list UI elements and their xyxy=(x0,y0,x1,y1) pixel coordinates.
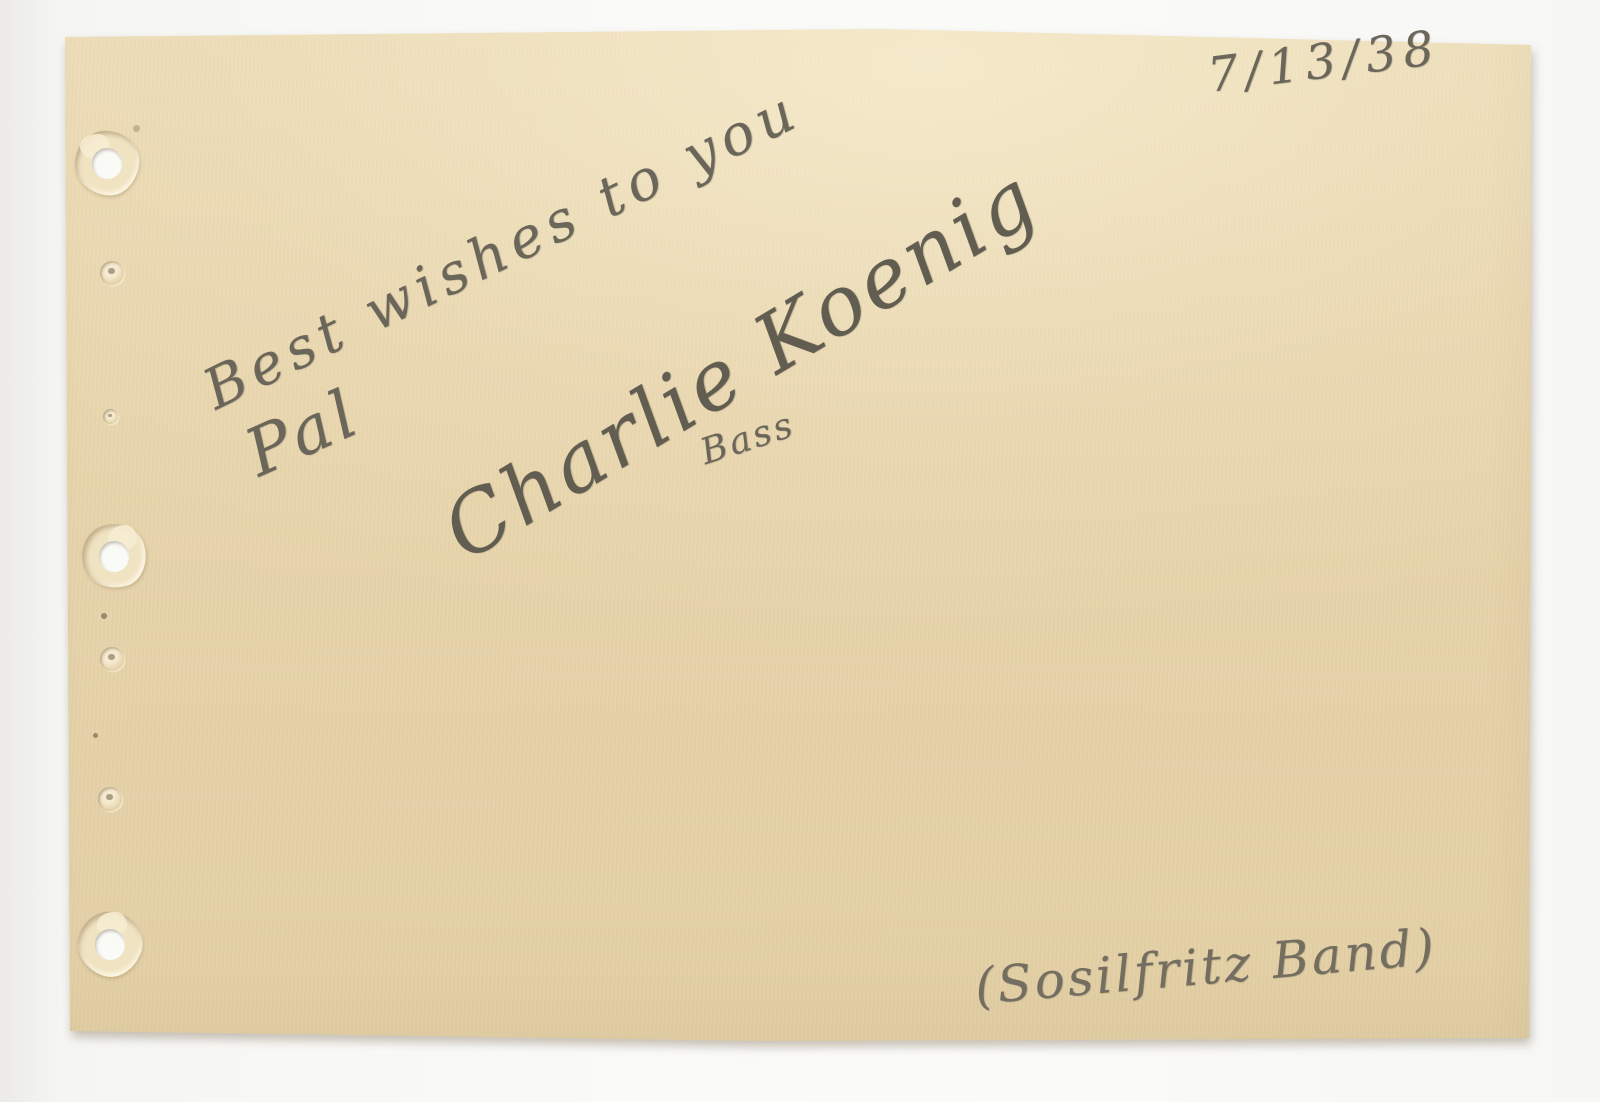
scanned-autograph-photo: 7/13/38 Best wishes to you Pal Charlie K… xyxy=(0,0,1600,1102)
pencil-speck xyxy=(133,125,140,132)
punch-hole-bottom xyxy=(78,912,142,976)
punch-hole-middle xyxy=(82,524,146,588)
paper-speck xyxy=(101,613,107,619)
punch-hole-top xyxy=(75,131,139,195)
small-binder-dimple xyxy=(100,261,124,285)
small-binder-dimple xyxy=(100,647,124,671)
punch-hole-opening xyxy=(99,541,130,572)
punch-hole-opening xyxy=(92,148,123,179)
punch-hole-opening xyxy=(95,929,126,960)
small-binder-dimple xyxy=(98,787,122,811)
paper-speck xyxy=(93,733,98,738)
small-binder-dimple xyxy=(103,409,118,424)
